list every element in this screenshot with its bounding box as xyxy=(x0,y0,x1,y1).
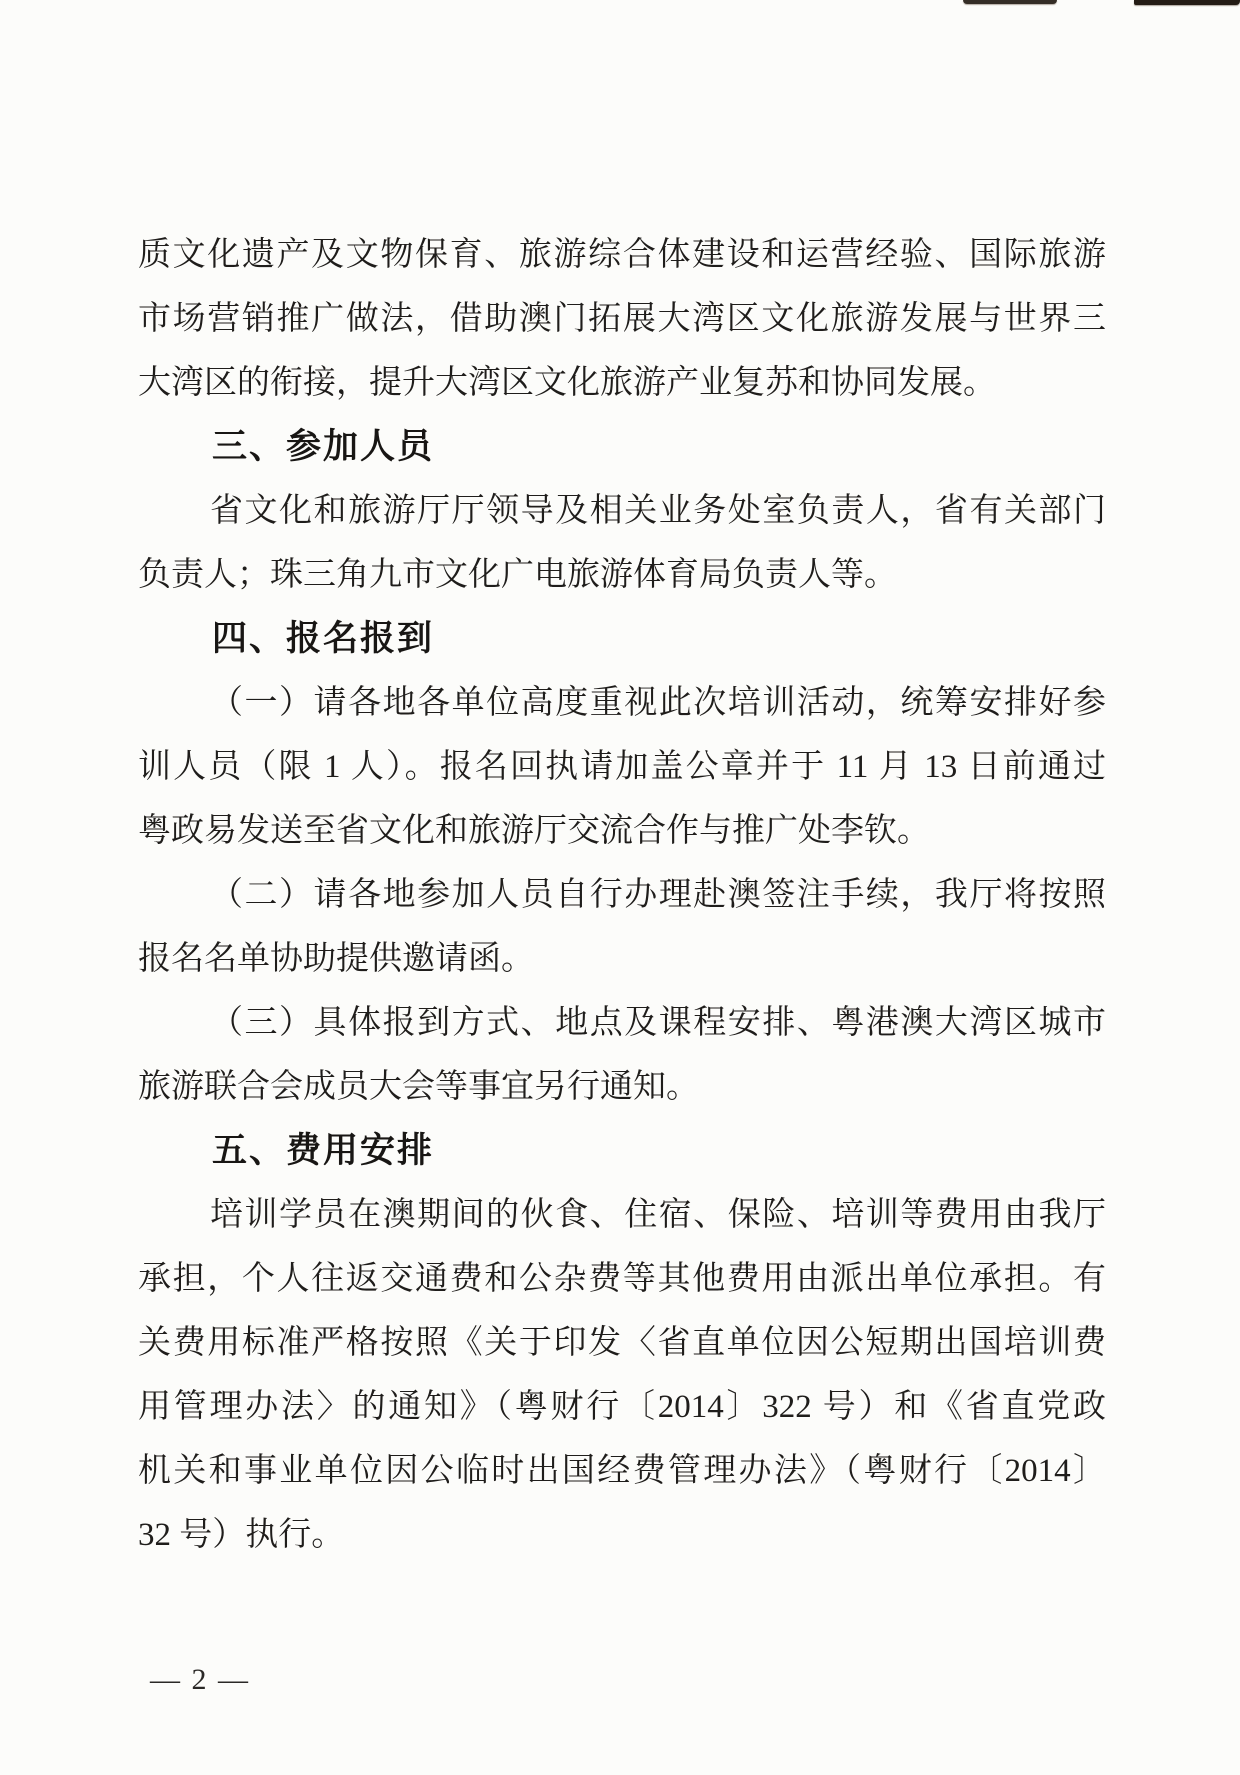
body-line-item-1-start: （一）请各地各单位高度重视此次培训活动，统筹安排好参 xyxy=(138,671,1106,735)
body-line-item-3-start: （三）具体报到方式、地点及课程安排、粤港澳大湾区城市 xyxy=(138,991,1106,1055)
scan-artifact-ink-streak-left xyxy=(963,0,1057,4)
body-line-paragraph-end: 旅游联合会成员大会等事宜另行通知。 xyxy=(138,1055,1106,1119)
section-heading-participants: 三、参加人员 xyxy=(138,415,1106,479)
body-line-paragraph-end: 32 号）执行。 xyxy=(138,1503,1106,1567)
body-line-continuation: 质文化遗产及文物保育、旅游综合体建设和运营经验、国际旅游 xyxy=(138,223,1106,287)
body-line: 用管理办法〉的通知》（粤财行〔2014〕322 号）和《省直党政 xyxy=(138,1375,1106,1439)
section-heading-expenses: 五、费用安排 xyxy=(138,1119,1106,1183)
body-line: 承担，个人往返交通费和公杂费等其他费用由派出单位承担。有 xyxy=(138,1247,1106,1311)
body-line-paragraph-end: 大湾区的衔接，提升大湾区文化旅游产业复苏和协同发展。 xyxy=(138,351,1106,415)
body-line-paragraph-end: 粤政易发送至省文化和旅游厅交流合作与推广处李钦。 xyxy=(138,799,1106,863)
body-line: 机关和事业单位因公临时出国经费管理办法》（粤财行〔2014〕 xyxy=(138,1439,1106,1503)
body-line: 市场营销推广做法，借助澳门拓展大湾区文化旅游发展与世界三 xyxy=(138,287,1106,351)
body-line-paragraph-end: 负责人；珠三角九市文化广电旅游体育局负责人等。 xyxy=(138,543,1106,607)
body-line-paragraph-start: 省文化和旅游厅厅领导及相关业务处室负责人，省有关部门 xyxy=(138,479,1106,543)
body-line: 训人员（限 1 人）。报名回执请加盖公章并于 11 月 13 日前通过 xyxy=(138,735,1106,799)
body-line-item-2-start: （二）请各地参加人员自行办理赴澳签注手续，我厅将按照 xyxy=(138,863,1106,927)
document-page: 质文化遗产及文物保育、旅游综合体建设和运营经验、国际旅游 市场营销推广做法，借助… xyxy=(0,0,1240,1775)
document-body: 质文化遗产及文物保育、旅游综合体建设和运营经验、国际旅游 市场营销推广做法，借助… xyxy=(138,223,1106,1567)
scan-artifact-ink-streak-right xyxy=(1134,0,1240,5)
body-line-paragraph-start: 培训学员在澳期间的伙食、住宿、保险、培训等费用由我厅 xyxy=(138,1183,1106,1247)
body-line-paragraph-end: 报名名单协助提供邀请函。 xyxy=(138,927,1106,991)
section-heading-registration: 四、报名报到 xyxy=(138,607,1106,671)
page-number: — 2 — xyxy=(150,1660,250,1700)
body-line: 关费用标准严格按照《关于印发〈省直单位因公短期出国培训费 xyxy=(138,1311,1106,1375)
